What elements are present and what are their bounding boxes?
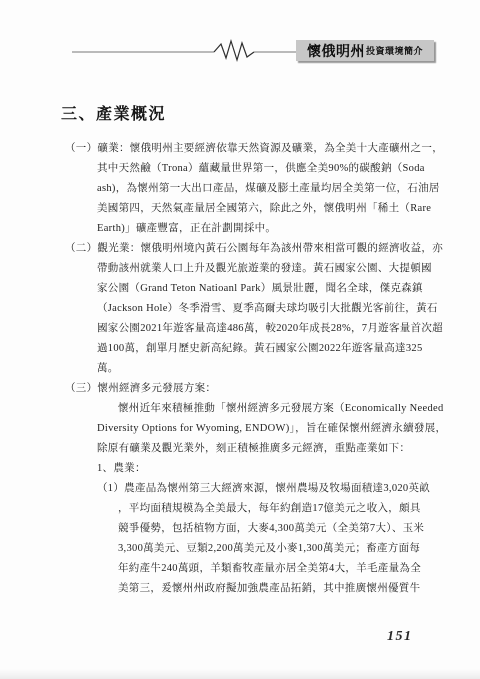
header-title-main: 懷俄明州 <box>307 41 365 61</box>
header-title-sub: 投資環境簡介 <box>366 44 423 57</box>
text-line: 家公園（Grand Teton Natioanl Park）風景壯麗，聞名全球，… <box>65 279 440 299</box>
text-line: 其中天然鹼（Trona）蘊藏量世界第一，供應全美90%的碳酸鈉（Soda <box>65 159 440 179</box>
text-line: 競爭優勢，包括植物方面，大麥4,300萬美元（全美第7大）、玉米 <box>65 519 440 539</box>
page: 懷俄明州 投資環境簡介 三、產業概況 （一）礦業：懷俄明州主要經濟依靠天然資源及… <box>0 0 480 679</box>
text-line: （三）懷州經濟多元發展方案： <box>65 379 440 399</box>
text-line: 萬。 <box>65 359 440 379</box>
text-line: （一）礦業：懷俄明州主要經濟依靠天然資源及礦業，為全美十大產礦州之一， <box>65 139 440 159</box>
text-line: Earth)」礦產豐富，正在計劃開採中。 <box>65 219 440 239</box>
body-text: （一）礦業：懷俄明州主要經濟依靠天然資源及礦業，為全美十大產礦州之一，其中天然鹼… <box>65 139 440 599</box>
text-line: Diversity Options for Wyoming, ENDOW)」，旨… <box>65 419 440 439</box>
text-line: 年約產牛240萬頭，羊類畜牧產量亦居全美第4大，羊毛產量為全 <box>65 559 440 579</box>
header-title-band: 懷俄明州 投資環境簡介 <box>296 40 434 61</box>
text-line: （Jackson Hole）冬季滑雪、夏季高爾夫球均吸引大批觀光客前往，黃石 <box>65 299 440 319</box>
text-line: （二）觀光業：懷俄明州境內黃石公園每年為該州帶來相當可觀的經濟收益，亦 <box>65 239 440 259</box>
page-number: 151 <box>387 629 413 645</box>
text-line: 帶動該州就業人口上升及觀光旅遊業的發達。黃石國家公園、大提頓國 <box>65 259 440 279</box>
text-line: 國家公園2021年遊客量高達486萬，較2020年成長28%，7月遊客量首次超 <box>65 319 440 339</box>
text-line: 除原有礦業及觀光業外，刻正積極推廣多元經濟，重點產業如下： <box>65 439 440 459</box>
section-heading: 三、產業概況 <box>61 101 166 124</box>
text-line: ，平均面積規模為全美最大，每年約創造17億美元之收入，頗具 <box>65 499 440 519</box>
text-line: 美第三，爰懷州州政府擬加強農產品拓銷，其中推廣懷州優質牛 <box>65 579 440 599</box>
text-line: 美國第四，天然氣產量居全國第六，除此之外，懷俄明州「稀土（Rare <box>65 199 440 219</box>
heartbeat-zigzag-icon <box>72 38 298 64</box>
text-line: 3,300萬美元、豆類2,200萬美元及小麥1,300萬美元；畜產方面每 <box>65 539 440 559</box>
text-line: 過100萬，創單月歷史新高紀錄。黃石國家公園2022年遊客量高達325 <box>65 339 440 359</box>
header-rule <box>72 38 298 64</box>
text-line: 1、農業： <box>65 459 440 479</box>
text-line: 懷州近年來積極推動「懷州經濟多元發展方案（Economically Needed <box>65 399 440 419</box>
text-line: ash)，為懷州第一大出口產品，煤礦及膨土產量均居全美第一位，石油居 <box>65 179 440 199</box>
scan-edge-shading <box>0 669 480 679</box>
text-line: （1）農產品為懷州第三大經濟來源，懷州農場及牧場面積達3,020英畝 <box>65 479 440 499</box>
